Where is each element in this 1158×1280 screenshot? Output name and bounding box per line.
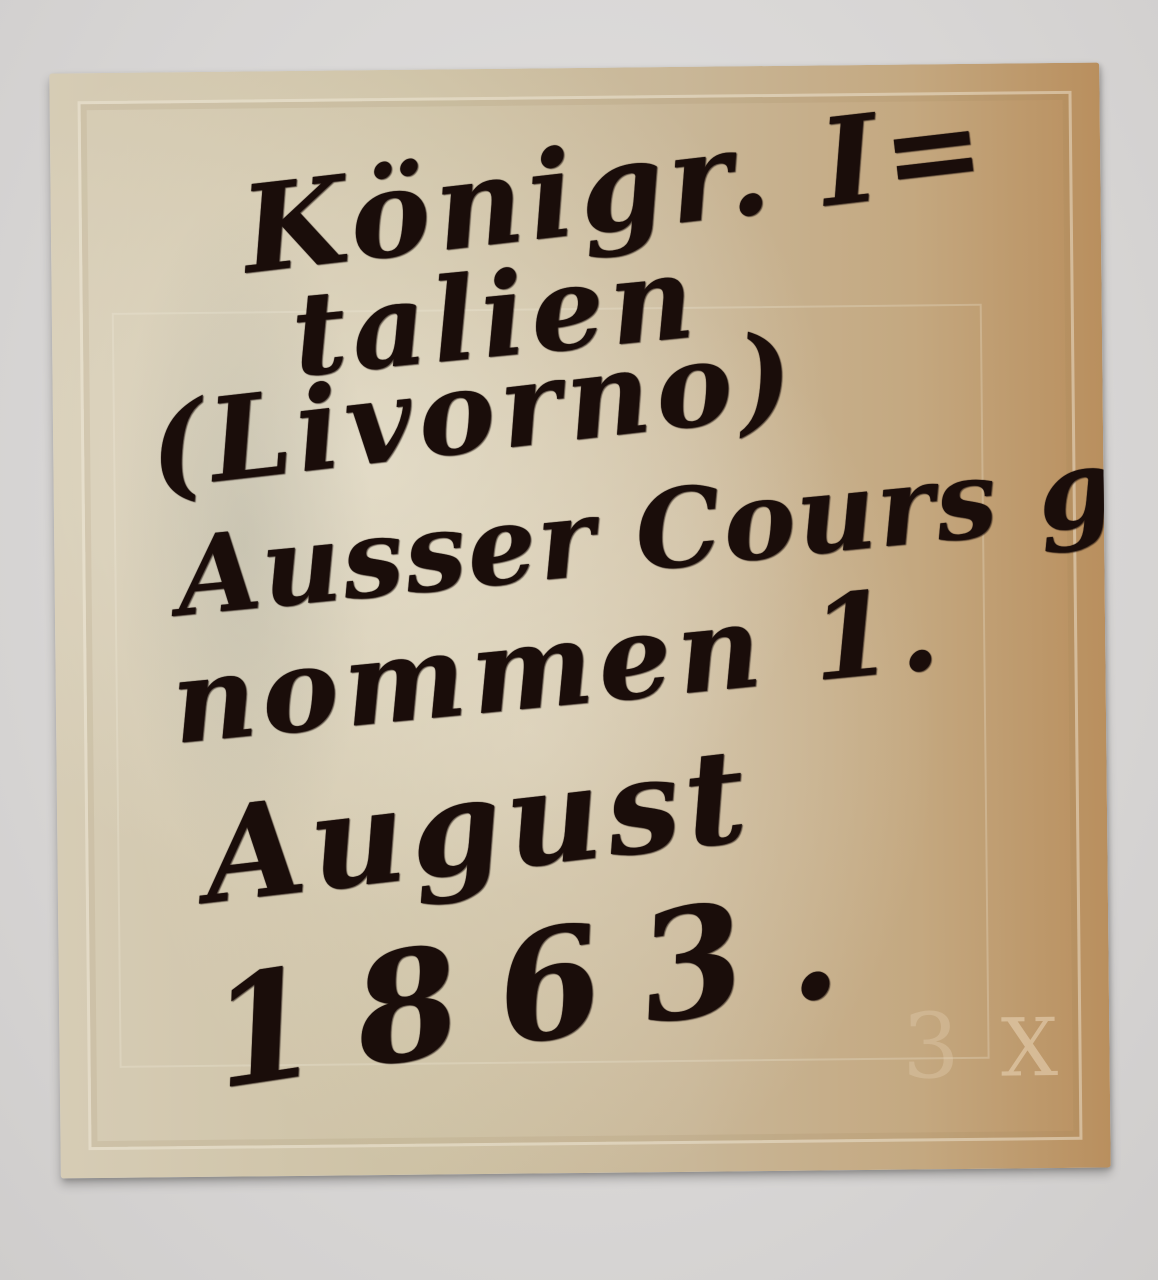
stamp: 3 X Königr. I= talien (Livorno) Ausser C… [49, 63, 1111, 1179]
printed-kreuzer-mark: X [979, 1003, 1080, 1094]
printed-value-digit: 3 [902, 994, 960, 1100]
